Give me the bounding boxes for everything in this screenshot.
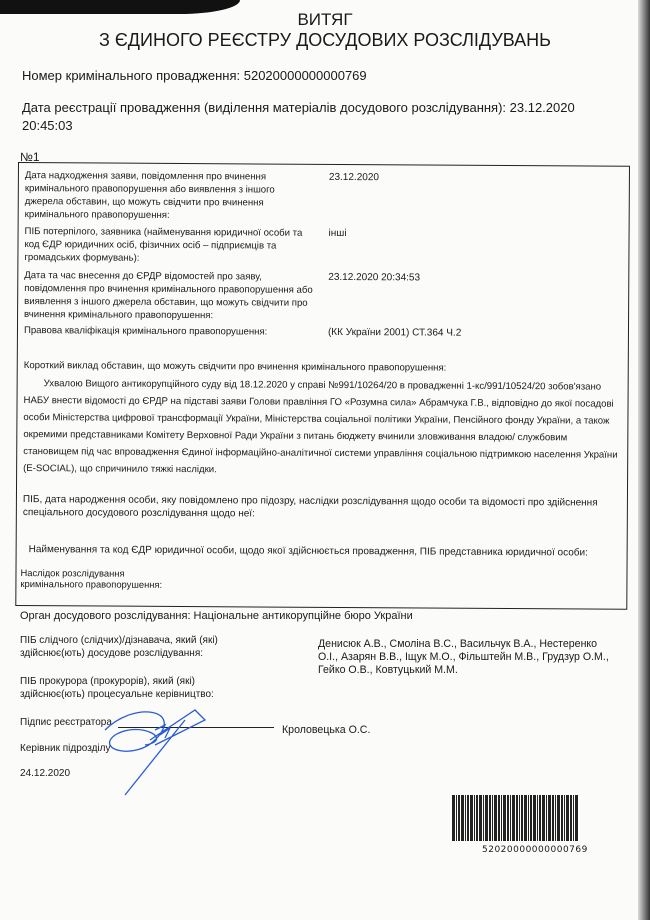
prosecutors-label: ПІБ прокурора (прокурорів), який (які) з… [20, 675, 250, 701]
investigation-body: Орган досудового розслідування: Націонал… [20, 610, 413, 623]
row-value-entry-date: 23.12.2020 20:34:53 [328, 271, 618, 286]
row-label-qualification: Правова кваліфікація кримінального право… [24, 324, 324, 339]
document-date: 24.12.2020 [20, 767, 70, 780]
row-label-victim: ПІБ потерпілого, заявника (найменування … [24, 225, 314, 266]
registration-time: 20:45:03 [22, 118, 73, 133]
investigators-value: Денисюк А.В., Смоліна В.С., Васильчук В.… [318, 638, 618, 677]
row-value-qualification: (КК України 2001) СТ.364 Ч.2 [328, 326, 618, 341]
signature-icon [95, 700, 235, 800]
head-label: Керівник підрозділу [20, 742, 110, 755]
suspect-label: ПІБ, дата народження особи, яку повідомл… [23, 493, 623, 523]
row-label-receipt-date: Дата надходження заяви, повідомлення про… [25, 169, 315, 223]
case-number: Номер кримінального провадження: 5202000… [22, 68, 367, 83]
row-value-victim: інші [329, 227, 619, 242]
row-label-entry-date: Дата та час внесення до ЄРДР відомостей … [24, 269, 314, 323]
document-title: ВИТЯГ [0, 10, 650, 30]
scan-edge [638, 0, 650, 920]
document-subtitle: З ЄДИНОГО РЕЄСТРУ ДОСУДОВИХ РОЗСЛІДУВАНЬ [0, 30, 650, 51]
legal-entity-label: Найменування та код ЄДР юридичної особи,… [29, 543, 629, 560]
result-label: Наслідок розслідування кримінального пра… [20, 567, 180, 590]
barcode-icon [452, 795, 617, 841]
registration-date: Дата реєстрації провадження (виділення м… [22, 100, 575, 115]
record-table: Дата надходження заяви, повідомлення про… [15, 162, 630, 610]
barcode-number: 52020000000000769 [482, 845, 588, 855]
summary-label: Короткий виклад обставин, що можуть свід… [24, 359, 624, 376]
registrar-name: Кроловецька О.С. [282, 724, 370, 737]
investigators-label: ПІБ слідчого (слідчих)/дізнавача, який (… [20, 634, 250, 660]
row-value-receipt-date: 23.12.2020 [329, 171, 619, 186]
summary-text: Ухвалою Вищого антикорупційного суду від… [23, 375, 624, 481]
